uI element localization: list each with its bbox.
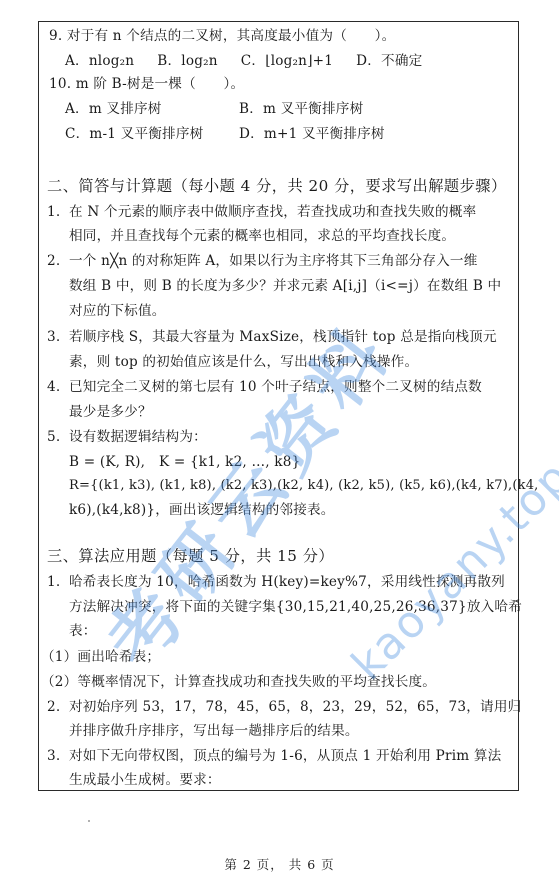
s2-q1-line2: 相同，并且查找每个元素的概率也相同，求总的平均查找长度。 xyxy=(69,227,455,245)
question-10-option-a: A．m 叉排序树 xyxy=(65,100,162,118)
s2-q4-line1: 已知完全二叉树的第七层有 10 个叶子结点，则整个二叉树的结点数 xyxy=(69,378,482,396)
s3-q1-number: 1. xyxy=(47,573,60,591)
option-a: A．nlog₂n xyxy=(65,53,134,69)
question-10-option-b: B．m 叉平衡排序树 xyxy=(239,100,363,118)
s3-q1-line2: 方法解决冲突，将下面的关键字集{30,15,21,40,25,26,36,37}… xyxy=(69,598,522,616)
question-number: 9. xyxy=(49,28,62,44)
s3-q1-line1: 哈希表长度为 10，哈希函数为 H(key)=key%7，采用线性探测再散列 xyxy=(69,573,505,591)
exam-page-frame: 9. 对于有 n 个结点的二叉树，其高度最小值为（ ）。 A．nlog₂n B．… xyxy=(38,21,519,791)
section-3-title: 三、算法应用题（每题 5 分，共 15 分） xyxy=(47,547,334,565)
option-c: C．⌊log₂n⌋+1 xyxy=(241,53,333,69)
question-10-stem: 10. m 阶 B-树是一棵（ ）。 xyxy=(49,75,244,93)
s3-q3-number: 3. xyxy=(47,747,60,765)
option-d: D．不确定 xyxy=(356,53,422,69)
s2-q4-line2: 最少是多少？ xyxy=(69,403,152,421)
s2-q2-line3: 对应的下标值。 xyxy=(69,302,166,320)
s2-q3-line2: 素，则 top 的初始值应该是什么，写出出栈和入栈操作。 xyxy=(69,353,418,371)
s3-q3-line1: 对如下无向带权图，顶点的编号为 1-6，从顶点 1 开始利用 Prim 算法 xyxy=(69,747,501,765)
s2-q3-line1: 若顺序栈 S，其最大容量为 MaxSize，栈顶指针 top 总是指向栈顶元 xyxy=(69,328,497,346)
s2-q1-line1: 在 N 个元素的顺序表中做顺序查找，若查找成功和查找失败的概率 xyxy=(69,203,476,221)
s3-q1-sub1: （1）画出哈希表； xyxy=(41,648,160,666)
s2-q5-number: 5. xyxy=(47,428,60,446)
question-text: m 阶 B-树是一棵（ ）。 xyxy=(76,76,245,92)
question-number: 10. xyxy=(49,76,71,92)
page-footer: 第 2 页， 共 6 页 xyxy=(0,855,559,873)
s2-q5-line1: 设有数据逻辑结构为： xyxy=(69,428,207,446)
s2-q1-number: 1. xyxy=(47,203,60,221)
scan-speck xyxy=(88,820,90,822)
question-text: 对于有 n 个结点的二叉树，其高度最小值为（ ）。 xyxy=(67,28,395,44)
s3-q3-line2: 生成最小生成树。要求： xyxy=(69,771,221,789)
s2-q5-line3: R={(k1, k3), (k1, k8), (k2, k3),(k2, k4)… xyxy=(69,477,539,495)
s2-q4-number: 4. xyxy=(47,378,60,396)
s2-q5-line2: B = (K, R), K = {k1, k2, …, k8} xyxy=(69,453,300,471)
s2-q2-line1: 一个 n╳n 的对称矩阵 A，如果以行为主序将其下三角部分存入一维 xyxy=(69,252,478,270)
s3-q2-line2: 并排序做升序排序，写出每一趟排序后的结果。 xyxy=(69,722,359,740)
s2-q3-number: 3. xyxy=(47,328,60,346)
question-9-options: A．nlog₂n B．log₂n C．⌊log₂n⌋+1 D．不确定 xyxy=(65,52,422,70)
question-10-option-d: D．m+1 叉平衡排序树 xyxy=(239,125,385,143)
s3-q1-line3: 表： xyxy=(69,622,97,640)
option-b: B．log₂n xyxy=(157,53,217,69)
section-2-title: 二、简答与计算题（每小题 4 分，共 20 分，要求写出解题步骤） xyxy=(47,177,507,195)
question-10-option-c: C．m-1 叉平衡排序树 xyxy=(65,125,203,143)
s3-q2-line1: 对初始序列 53，17，78，45，65，8，23，29，52，65，73，请用… xyxy=(69,698,521,716)
question-9-stem: 9. 对于有 n 个结点的二叉树，其高度最小值为（ ）。 xyxy=(49,27,395,45)
s2-q2-number: 2. xyxy=(47,252,60,270)
s2-q2-line2: 数组 B 中，则 B 的长度为多少？并求元素 A[i,j]（i<=j）在数组 B… xyxy=(69,277,501,295)
s2-q5-line4: k6),(k4,k8)}，画出该逻辑结构的邻接表。 xyxy=(69,501,335,519)
s3-q2-number: 2. xyxy=(47,698,60,716)
s3-q1-sub2: （2）等概率情况下，计算查找成功和查找失败的平均查找长度。 xyxy=(41,673,436,691)
